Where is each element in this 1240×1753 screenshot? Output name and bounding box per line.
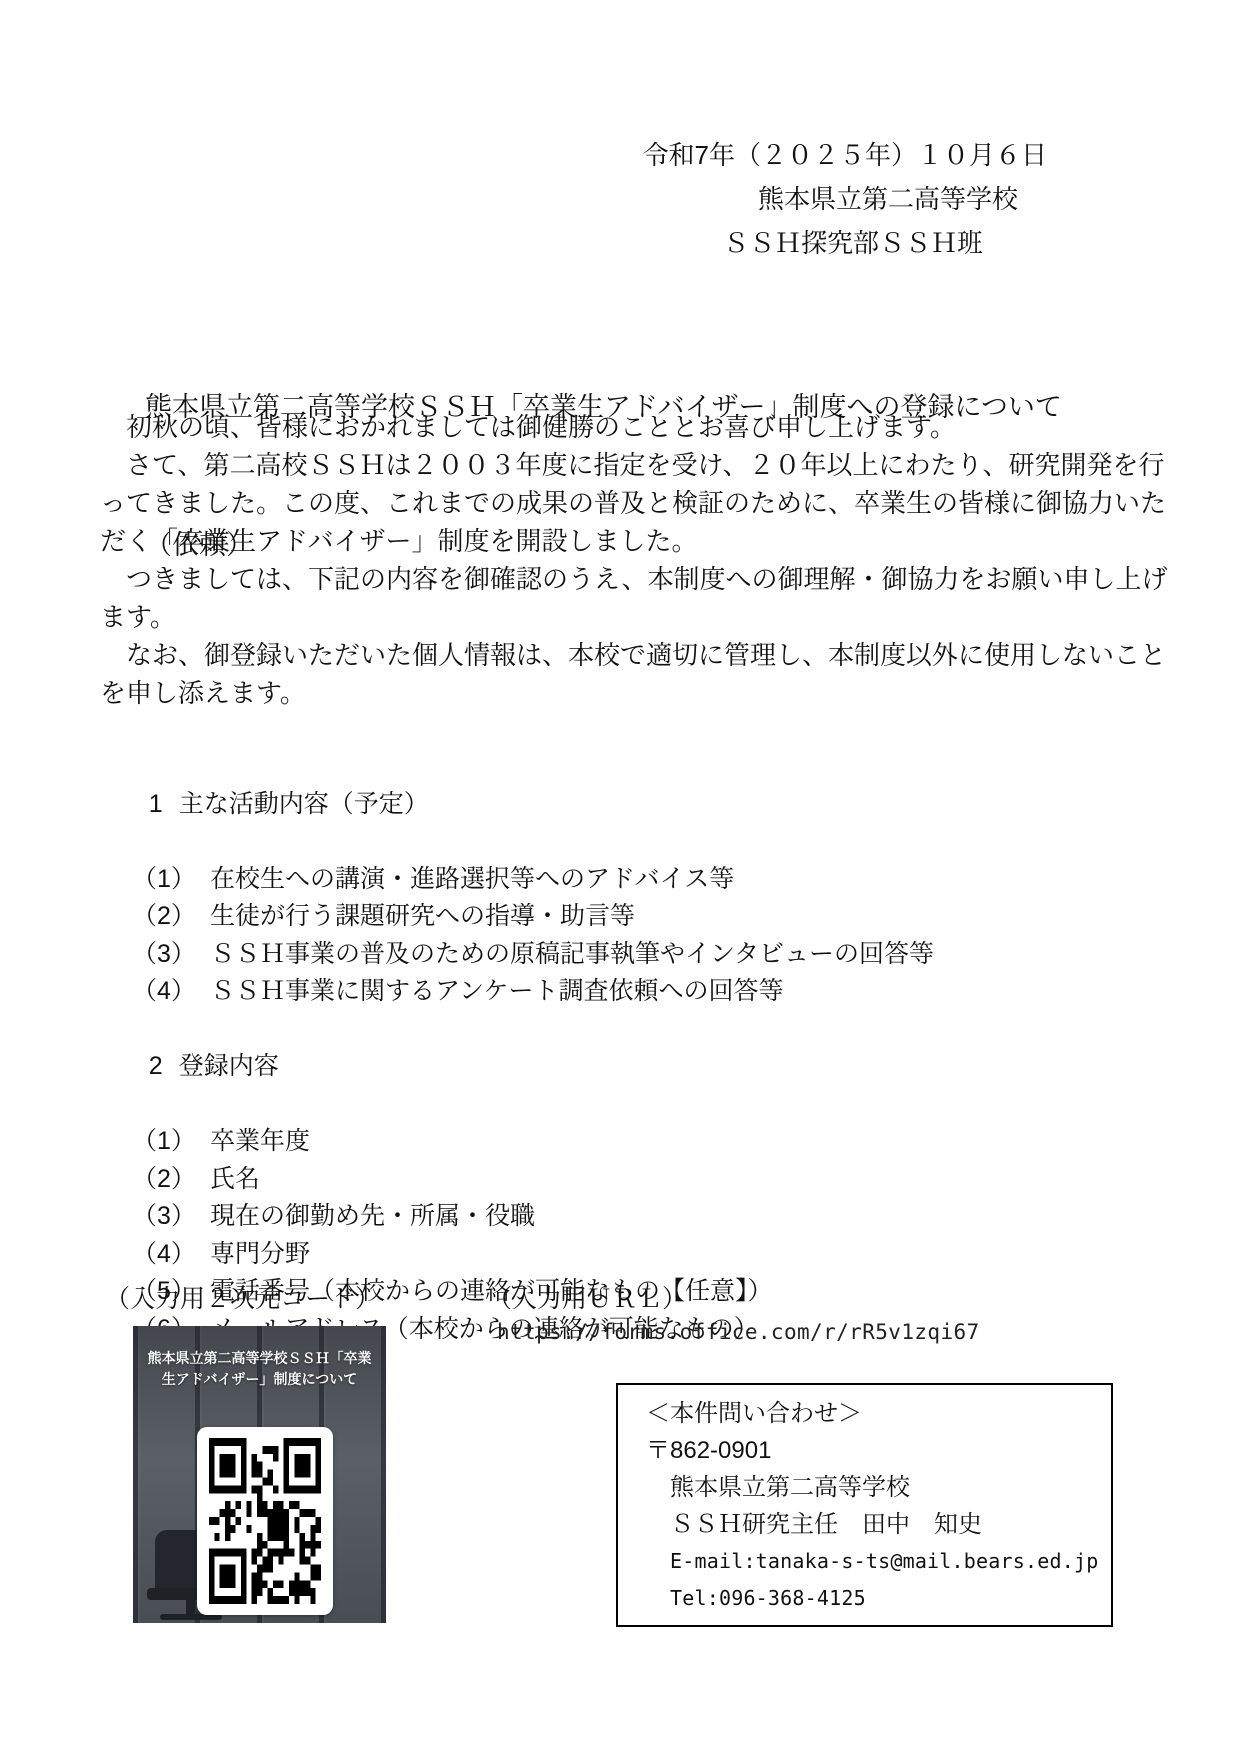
body-line: を申し添えます。 — [100, 674, 1150, 712]
list-item: （2）生徒が行う課題研究への指導・助言等 — [107, 898, 1157, 936]
list-item-text: 生徒が行う課題研究への指導・助言等 — [210, 898, 635, 936]
list-item-text: ＳＳＨ事業に関するアンケート調査依頼への回答等 — [210, 973, 784, 1011]
list-item-text: 専門分野 — [210, 1236, 310, 1274]
list-item: （3）現在の御勤め先・所属・役職 — [107, 1198, 1157, 1236]
date-line: 令和7年（２０２５年）１０月６日 — [0, 133, 1240, 177]
list-item-text: ＳＳＨ事業の普及のための原稿記事執筆やインタビューの回答等 — [210, 936, 934, 974]
list-item: （4）専門分野 — [107, 1236, 1157, 1274]
body-line: ます。 — [100, 598, 1150, 636]
section-title: 登録内容 — [179, 1052, 279, 1080]
section-number: 2 — [149, 1048, 179, 1086]
body-line: 初秋の頃、皆様におかれましては御健勝のこととお喜び申し上げます。 — [100, 408, 1150, 446]
list-item-number: （2） — [132, 1161, 210, 1199]
letter-header: 令和7年（２０２５年）１０月６日 熊本県立第二高等学校 ＳＳＨ探究部ＳＳＨ班 — [0, 133, 1240, 265]
qr-photo: 熊本県立第二高等学校ＳＳＨ「卒業生アドバイザー」制度について — [133, 1326, 386, 1623]
list-item-number: （1） — [132, 861, 210, 899]
list-item: （2）氏名 — [107, 1161, 1157, 1199]
contact-email: E-mail:tanaka-s-ts@mail.bears.ed.jp — [646, 1543, 1111, 1580]
section-heading-activities: 1主な活動内容（予定） — [107, 748, 1157, 861]
body-line: さて、第二高校ＳＳＨは２００３年度に指定を受け、２０年以上にわたり、研究開発を行 — [100, 446, 1150, 484]
body-line: ってきました。この度、これまでの成果の普及と検証のために、卒業生の皆様に御協力い… — [100, 484, 1150, 522]
list-item: （1）在校生への講演・進路選択等へのアドバイス等 — [107, 861, 1157, 899]
contact-postal: 〒862-0901 — [646, 1432, 1111, 1469]
body-line: つきましては、下記の内容を御確認のうえ、本制度への御理解・御協力をお願い申し上げ — [100, 560, 1150, 598]
list-item: （1）卒業年度 — [107, 1123, 1157, 1161]
list-item-text: 卒業年度 — [210, 1123, 310, 1161]
list-item-number: （4） — [132, 1236, 210, 1274]
section-title: 主な活動内容（予定） — [179, 790, 429, 818]
list-item: （4）ＳＳＨ事業に関するアンケート調査依頼への回答等 — [107, 973, 1157, 1011]
list-item: （3）ＳＳＨ事業の普及のための原稿記事執筆やインタビューの回答等 — [107, 936, 1157, 974]
list-item-number: （3） — [132, 936, 210, 974]
document-page: 令和7年（２０２５年）１０月６日 熊本県立第二高等学校 ＳＳＨ探究部ＳＳＨ班 熊… — [0, 0, 1240, 1753]
sender-dept: ＳＳＨ探究部ＳＳＨ班 — [0, 221, 1240, 265]
qr-panel — [197, 1427, 333, 1615]
sender-org: 熊本県立第二高等学校 — [0, 177, 1240, 221]
section-number: 1 — [149, 786, 179, 824]
contact-school: 熊本県立第二高等学校 — [646, 1469, 1111, 1506]
form-url: https://forms.office.com/r/rR5v1zqi67 — [497, 1320, 980, 1344]
contact-box: ＜本件問い合わせ＞ 〒862-0901 熊本県立第二高等学校 ＳＳＨ研究主任 田… — [616, 1383, 1113, 1627]
list-item-number: （3） — [132, 1198, 210, 1236]
body-line: なお、御登録いただいた個人情報は、本校で適切に管理し、本制度以外に使用しないこと — [100, 636, 1150, 674]
list-item-text: 氏名 — [210, 1161, 260, 1199]
contact-tel: Tel:096-368-4125 — [646, 1580, 1111, 1617]
list-item-text: 現在の御勤め先・所属・役職 — [210, 1198, 535, 1236]
body-line: だく「卒業生アドバイザー」制度を開設しました。 — [100, 522, 1150, 560]
qr-code-image — [209, 1438, 321, 1604]
url-label: （入力用ＵＲＬ） — [487, 1279, 687, 1315]
list-item-text: 在校生への講演・進路選択等へのアドバイス等 — [210, 861, 734, 899]
section-heading-registration: 2登録内容 — [107, 1011, 1157, 1124]
qr-label: （入力用２次元コード） — [105, 1279, 380, 1315]
chair-silhouette — [186, 1599, 195, 1615]
body-text: 初秋の頃、皆様におかれましては御健勝のこととお喜び申し上げます。 さて、第二高校… — [100, 408, 1150, 712]
qr-caption: 熊本県立第二高等学校ＳＳＨ「卒業生アドバイザー」制度について — [133, 1348, 386, 1390]
contact-person: ＳＳＨ研究主任 田中 知史 — [646, 1506, 1111, 1543]
contact-heading: ＜本件問い合わせ＞ — [646, 1395, 1111, 1432]
list-item-number: （2） — [132, 898, 210, 936]
list-item-number: （4） — [132, 973, 210, 1011]
list-item-number: （1） — [132, 1123, 210, 1161]
